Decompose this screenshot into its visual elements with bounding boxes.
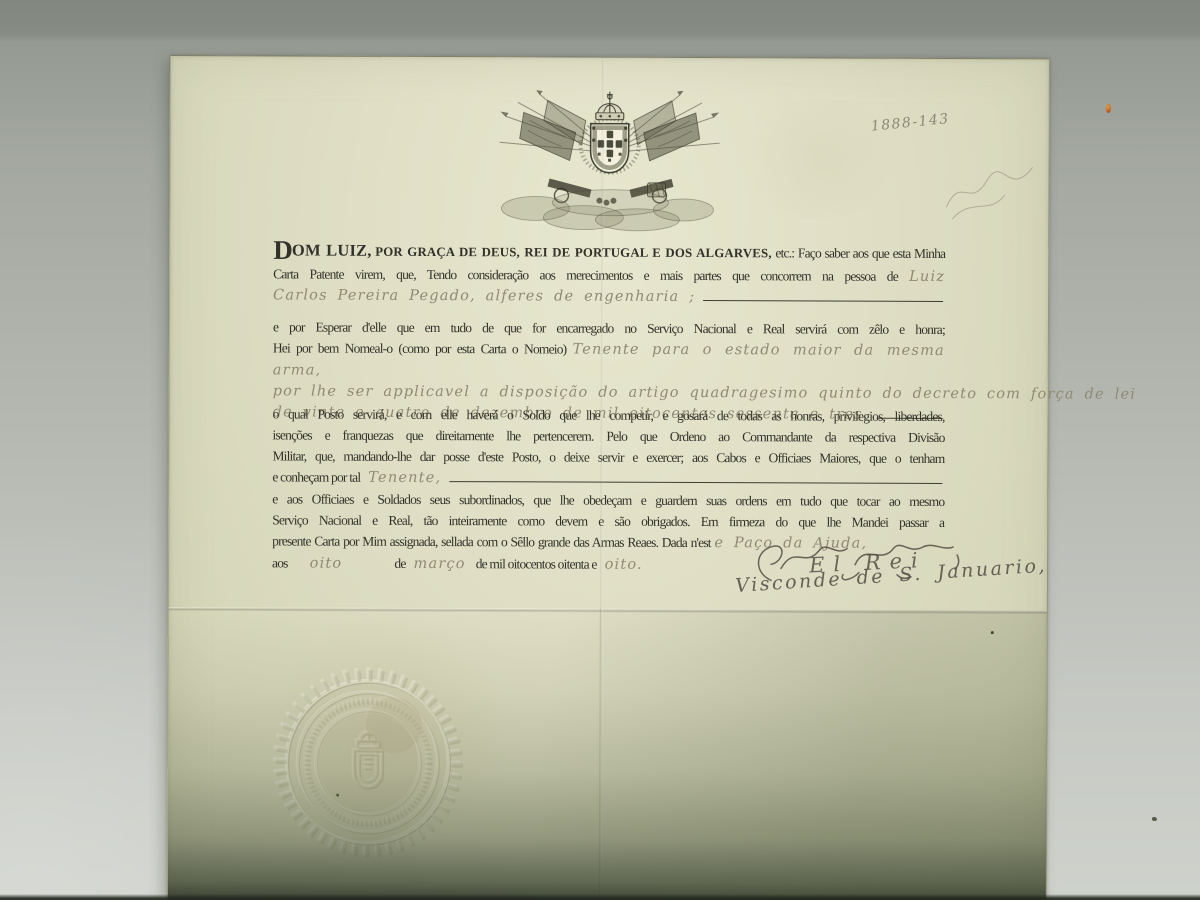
p2-line1: e por Esperar d'elle que em tudo de que … bbox=[273, 316, 945, 340]
p1-title: om Luiz, bbox=[292, 240, 372, 259]
fill-in-rule bbox=[703, 300, 943, 302]
orange-paint-speck bbox=[1106, 104, 1111, 113]
crown bbox=[596, 92, 624, 120]
date-aos: aos bbox=[272, 552, 288, 573]
paragraph-1: Dom Luiz, POR GRAÇA DE DEUS, REI DE PORT… bbox=[273, 238, 945, 309]
drop-cap: D bbox=[273, 235, 292, 265]
p1-line2-text: Carta Patente virem, que, Tendo consider… bbox=[273, 266, 898, 283]
coat-of-arms-engraving bbox=[495, 90, 726, 233]
p2-line2: Hei por bem Nomeal-o (como por esta Cart… bbox=[273, 337, 945, 384]
p1-royal-style: POR GRAÇA DE DEUS, REI DE PORTUGAL E DOS… bbox=[375, 245, 772, 261]
p1-line1: Dom Luiz, POR GRAÇA DE DEUS, REI DE PORT… bbox=[273, 238, 945, 266]
p3-line5: e aos Officiaes e Soldados seus subordin… bbox=[272, 488, 944, 512]
royal-shield bbox=[591, 124, 629, 173]
frame-bottom-edge bbox=[0, 894, 1200, 900]
date-year-handwritten: oito. bbox=[605, 555, 643, 576]
p3-line4-text: e conheçam por tal bbox=[272, 466, 360, 487]
p1-line3: Carlos Pereira Pegado, alferes de engenh… bbox=[273, 285, 945, 309]
paper-bottom-shadow-diagonal bbox=[168, 607, 1047, 900]
p3-line1: o qual Posto servirá, e com elle haverá … bbox=[273, 403, 945, 427]
p1-handwritten-name: Carlos Pereira Pegado, alferes de engenh… bbox=[273, 285, 695, 308]
registry-number: 1888-143 bbox=[870, 111, 950, 135]
clouds bbox=[501, 189, 713, 231]
age-stain bbox=[730, 98, 910, 219]
p3-line7-text: presente Carta por Mim assignada, sellad… bbox=[272, 533, 711, 550]
p3-line6: Serviço Nacional e Real, tão inteirament… bbox=[272, 509, 944, 533]
p3-line2: isenções e franquezas que direitamente l… bbox=[273, 424, 945, 448]
p1-handwritten-name-start: Luiz bbox=[909, 269, 945, 285]
date-month-handwritten: março bbox=[414, 554, 466, 575]
pencil-scribble bbox=[942, 157, 1038, 223]
p3-handwritten-rank: Tenente, bbox=[368, 468, 441, 489]
document-paper: 1888-143 Dom Luiz, POR GRAÇA DE DEUS, RE… bbox=[167, 55, 1050, 900]
p1-line1-rest: etc.: Faço saber aos que esta Minha bbox=[775, 245, 945, 261]
dark-speck-bottom-right bbox=[1152, 817, 1157, 821]
fill-in-rule bbox=[449, 481, 942, 484]
p3-line3: Militar, que, mandando-lhe dar posse d'e… bbox=[272, 445, 944, 469]
photo-frame: 1888-143 Dom Luiz, POR GRAÇA DE DEUS, RE… bbox=[0, 0, 1200, 900]
p3-line4: e conheçam por tal Tenente, bbox=[272, 466, 944, 491]
date-de: de bbox=[394, 553, 405, 574]
p1-line2: Carta Patente virem, que, Tendo consider… bbox=[273, 263, 945, 288]
date-year: de mil oitocentos oitenta e bbox=[476, 553, 597, 574]
p2-handwritten-line3: por lhe ser applicavel a disposição do a… bbox=[273, 381, 945, 405]
date-day-handwritten: oito bbox=[310, 554, 343, 575]
p2-line2-text: Hei por bem Nomeal-o (como por esta Cart… bbox=[273, 340, 567, 356]
